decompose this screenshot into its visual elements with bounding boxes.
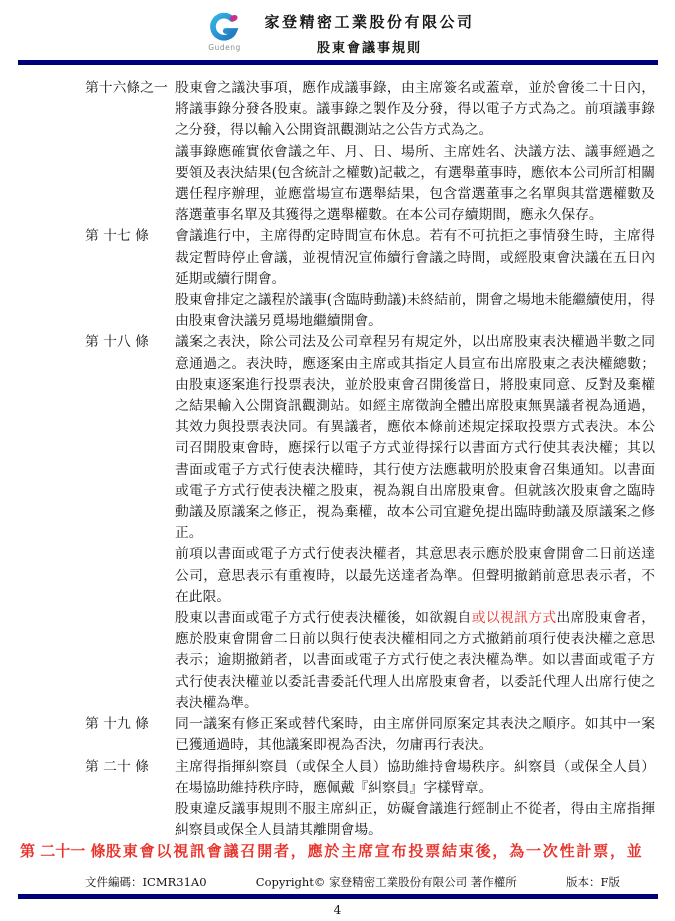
paragraph: 同一議案有修正案或替代案時，由主席併同原案定其表決之順序。如其中一案已獲通過時，… xyxy=(175,714,655,756)
article-red-text: 股東會以視訊會議召開者，應於主席宣布投票結束後，為一次性計票，並 xyxy=(106,841,655,862)
paragraph: 股東會之議決事項，應作成議事錄，由主席簽名或蓋章，並於會後二十日內，將議事錄分發… xyxy=(175,78,655,142)
article-number: 第 二十一 條 xyxy=(20,841,106,862)
paragraph: 前項以書面或電子方式行使表決權者，其意思表示應於股東會開會二日前送達公司，意思表… xyxy=(175,544,655,608)
paragraph: 議案之表決，除公司法及公司章程另有規定外，以出席股東表決權過半數之同意通過之。表… xyxy=(175,332,655,544)
gudeng-logo: Gudeng xyxy=(200,10,248,52)
article-20: 第 二十 條 主席得指揮糾察員（或保全人員）協助維持會場秩序。糾察員（或保全人員… xyxy=(85,757,655,842)
logo-wordmark: Gudeng xyxy=(200,43,248,52)
article-text: 股東會之議決事項，應作成議事錄，由主席簽名或蓋章，並於會後二十日內，將議事錄分發… xyxy=(175,78,655,226)
document-body: 第十六條之一 股東會之議決事項，應作成議事錄，由主席簽名或蓋章，並於會後二十日內… xyxy=(85,78,655,874)
copyright-notice: Copyright© 家登精密工業股份有限公司 著作權所 xyxy=(256,874,517,890)
article-19: 第 十九 條 同一議案有修正案或替代案時，由主席併同原案定其表決之順序。如其中一… xyxy=(85,714,655,756)
article-text: 同一議案有修正案或替代案時，由主席併同原案定其表決之順序。如其中一案已獲通過時，… xyxy=(175,714,655,756)
article-21-red: 第 二十一 條 股東會以視訊會議召開者，應於主席宣布投票結束後，為一次性計票，並 xyxy=(20,841,655,862)
document-header: Gudeng 家登精密工業股份有限公司 股東會議事規則 xyxy=(0,0,675,65)
paragraph: 股東違反議事規則不服主席糾正，妨礙會議進行經制止不從者，得由主席指揮糾察員或保全… xyxy=(175,799,655,841)
gudeng-logo-icon xyxy=(206,12,242,42)
document-title: 股東會議事規則 xyxy=(264,37,474,56)
article-number: 第十六條之一 xyxy=(85,78,175,99)
page-number: 4 xyxy=(0,903,675,917)
paragraph-with-red-segment: 股東以書面或電子方式行使表決權後，如欲親自或以視訊方式出席股東會者，應於股東會開… xyxy=(175,608,655,714)
document-page: Gudeng 家登精密工業股份有限公司 股東會議事規則 第十六條之一 股東會之議… xyxy=(0,0,675,921)
version-label: 版本：F版 xyxy=(566,874,620,890)
article-16-1: 第十六條之一 股東會之議決事項，應作成議事錄，由主席簽名或蓋章，並於會後二十日內… xyxy=(85,78,655,226)
article-number: 第 二十 條 xyxy=(85,757,175,778)
footer-rule xyxy=(18,894,658,899)
header-titles: 家登精密工業股份有限公司 股東會議事規則 xyxy=(264,10,474,56)
document-footer: 文件編碼：ICMR31A0 Copyright© 家登精密工業股份有限公司 著作… xyxy=(0,874,675,921)
paragraph: 會議進行中，主席得酌定時間宣布休息。若有不可抗拒之事情發生時，主席得裁定暫時停止… xyxy=(175,226,655,290)
article-number: 第 十九 條 xyxy=(85,714,175,735)
document-code: 文件編碼：ICMR31A0 xyxy=(85,874,207,890)
text-segment: 股東以書面或電子方式行使表決權後，如欲親自 xyxy=(175,610,472,626)
paragraph: 主席得指揮糾察員（或保全人員）協助維持會場秩序。糾察員（或保全人員）在場協助維持… xyxy=(175,757,655,799)
article-17: 第 十七 條 會議進行中，主席得酌定時間宣布休息。若有不可抗拒之事情發生時，主席… xyxy=(85,226,655,332)
paragraph: 議事錄應確實依會議之年、月、日、場所、主席姓名、決議方法、議事經過之要領及表決結… xyxy=(175,142,655,227)
article-18: 第 十八 條 議案之表決，除公司法及公司章程另有規定外，以出席股東表決權過半數之… xyxy=(85,332,655,714)
paragraph: 股東會排定之議程於議事(含臨時動議)未終結前，開會之場地未能繼續使用，得由股東會… xyxy=(175,290,655,332)
company-name: 家登精密工業股份有限公司 xyxy=(264,11,474,32)
red-text-segment: 或以視訊方式 xyxy=(472,610,557,626)
article-text: 議案之表決，除公司法及公司章程另有規定外，以出席股東表決權過半數之同意通過之。表… xyxy=(175,332,655,714)
header-rule xyxy=(18,60,658,65)
article-number: 第 十七 條 xyxy=(85,226,175,247)
article-text: 會議進行中，主席得酌定時間宣布休息。若有不可抗拒之事情發生時，主席得裁定暫時停止… xyxy=(175,226,655,332)
article-text: 主席得指揮糾察員（或保全人員）協助維持會場秩序。糾察員（或保全人員）在場協助維持… xyxy=(175,757,655,842)
article-number: 第 十八 條 xyxy=(85,332,175,353)
